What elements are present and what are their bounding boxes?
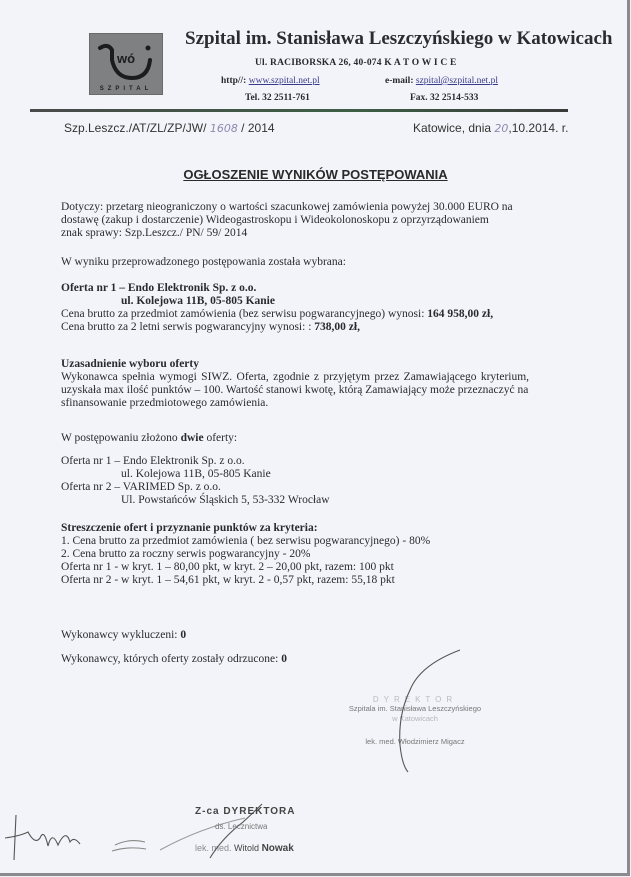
deputy-name-prefix: lek. med. <box>195 843 232 853</box>
deputy-stamp-line-1: ds. Lecznictwa <box>215 822 267 831</box>
deputy-signature-stroke-icon <box>112 841 146 851</box>
deputy-signature-icon <box>5 815 80 860</box>
deputy-stamp-name: lek. med. Witold Nowak <box>195 843 294 854</box>
deputy-surname: Nowak <box>262 843 294 854</box>
handwritten-signatures <box>0 0 631 877</box>
deputy-stamp-title: Z-ca DYREKTORA <box>195 806 296 817</box>
director-signature-icon <box>400 650 460 772</box>
deputy-first-name: Witold <box>234 843 259 853</box>
document-page: wó SZPITAL Szpital im. Stanisława Leszcz… <box>0 0 630 876</box>
